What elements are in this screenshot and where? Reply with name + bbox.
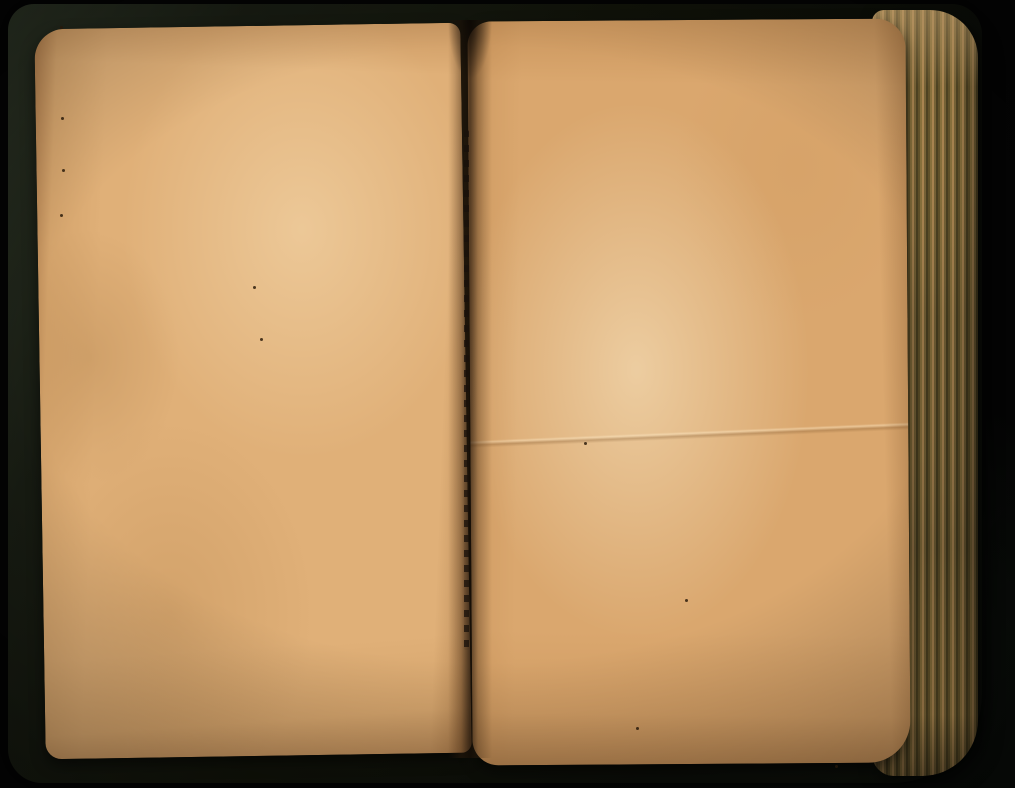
- spine-gutter-shadow: [448, 20, 492, 758]
- right-blank-page: [467, 18, 910, 765]
- photo-of-open-book: [0, 0, 1015, 788]
- binding-stitch-line: [464, 130, 469, 650]
- left-blank-page: [34, 23, 471, 760]
